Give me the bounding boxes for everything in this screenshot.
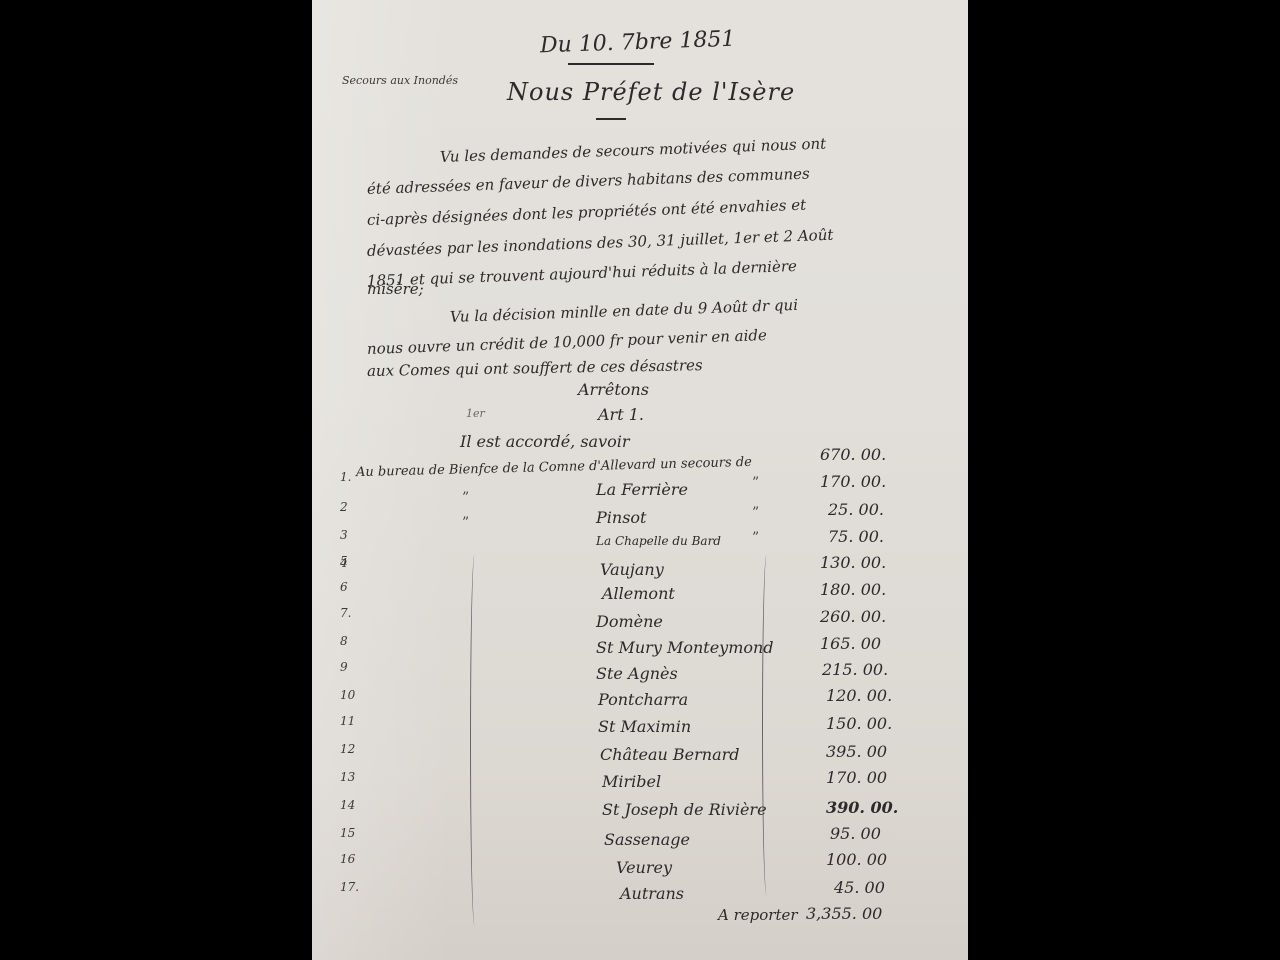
row-number: 2 (340, 500, 348, 514)
carry-forward-amount: 3,355. 00 (806, 904, 882, 923)
date-underline (568, 63, 654, 65)
article-mark: 1er (466, 407, 485, 420)
row-amount: 45. 00 (834, 878, 885, 897)
row-number: 1. (340, 470, 351, 484)
row-amount: 390. 00. (826, 798, 898, 817)
row-commune: Château Bernard (600, 745, 740, 764)
row-amount: 100. 00 (826, 850, 887, 869)
row-number: 14 (340, 798, 355, 812)
row-number: 17. (340, 880, 359, 894)
row-amount: 395. 00 (826, 742, 887, 761)
row-commune: St Mury Monteymond (596, 638, 774, 657)
row-amount: 150. 00. (826, 714, 892, 733)
row-commune: Ste Agnès (596, 664, 678, 683)
row-number: 9 (340, 660, 348, 674)
row-number: 5 (340, 554, 348, 568)
arretons-heading: Arrêtons (578, 380, 649, 399)
row-commune: St Maximin (598, 717, 691, 736)
ditto-mark: ” (752, 475, 759, 491)
row-commune: St Joseph de Rivière (602, 800, 767, 819)
row-commune: Miribel (602, 772, 661, 791)
row-amount: 130. 00. (820, 553, 886, 572)
row-amount: 180. 00. (820, 580, 886, 599)
ditto-mark: ” (752, 530, 759, 546)
row-number: 6 (340, 580, 348, 594)
row-commune: Pinsot (596, 508, 646, 527)
row-amount: 95. 00 (830, 824, 881, 843)
row-amount: 260. 00. (820, 607, 886, 626)
ditto-line-right (762, 555, 771, 895)
margin-note: Secours aux Inondés (342, 74, 458, 87)
row-amount: 670. 00. (820, 445, 886, 464)
row-number: 7. (340, 606, 351, 620)
row-amount: 165. 00 (820, 634, 881, 653)
row-number: 3 (340, 528, 348, 542)
intro-line: Il est accordé, savoir (460, 432, 630, 451)
carry-forward-label: A reporter (718, 906, 798, 924)
row-commune: Autrans (620, 884, 684, 903)
ditto-line-left (470, 555, 479, 925)
paragraph-line: misère; (367, 280, 424, 298)
row-amount: 170. 00. (820, 472, 886, 491)
ditto-mark: ” (462, 515, 469, 531)
row-commune: Sassenage (604, 830, 690, 849)
ditto-mark: ” (462, 490, 469, 506)
row-number: 11 (340, 714, 355, 728)
row-commune: Allemont (602, 584, 675, 603)
row-number: 12 (340, 742, 355, 756)
document-title: Nous Préfet de l'Isère (507, 78, 795, 106)
row-commune: Domène (596, 612, 663, 631)
title-underline (596, 118, 626, 120)
row-amount: 170. 00 (826, 768, 887, 787)
row-number: 16 (340, 852, 355, 866)
row-commune: Pontcharra (598, 690, 688, 709)
row-commune: La Ferrière (596, 480, 688, 499)
row-commune: La Chapelle du Bard (596, 534, 721, 548)
row-amount: 120. 00. (826, 686, 892, 705)
row-amount: 75. 00. (828, 527, 884, 546)
ditto-mark: ” (752, 505, 759, 521)
row-commune: Veurey (616, 858, 672, 877)
row-number: 10 (340, 688, 355, 702)
row-amount: 215. 00. (822, 660, 888, 679)
row-number: 8 (340, 634, 348, 648)
row-commune: Vaujany (600, 560, 664, 579)
row-number: 13 (340, 770, 355, 784)
row-number: 15 (340, 826, 355, 840)
row-amount: 25. 00. (828, 500, 884, 519)
article-heading: Art 1. (598, 405, 644, 424)
